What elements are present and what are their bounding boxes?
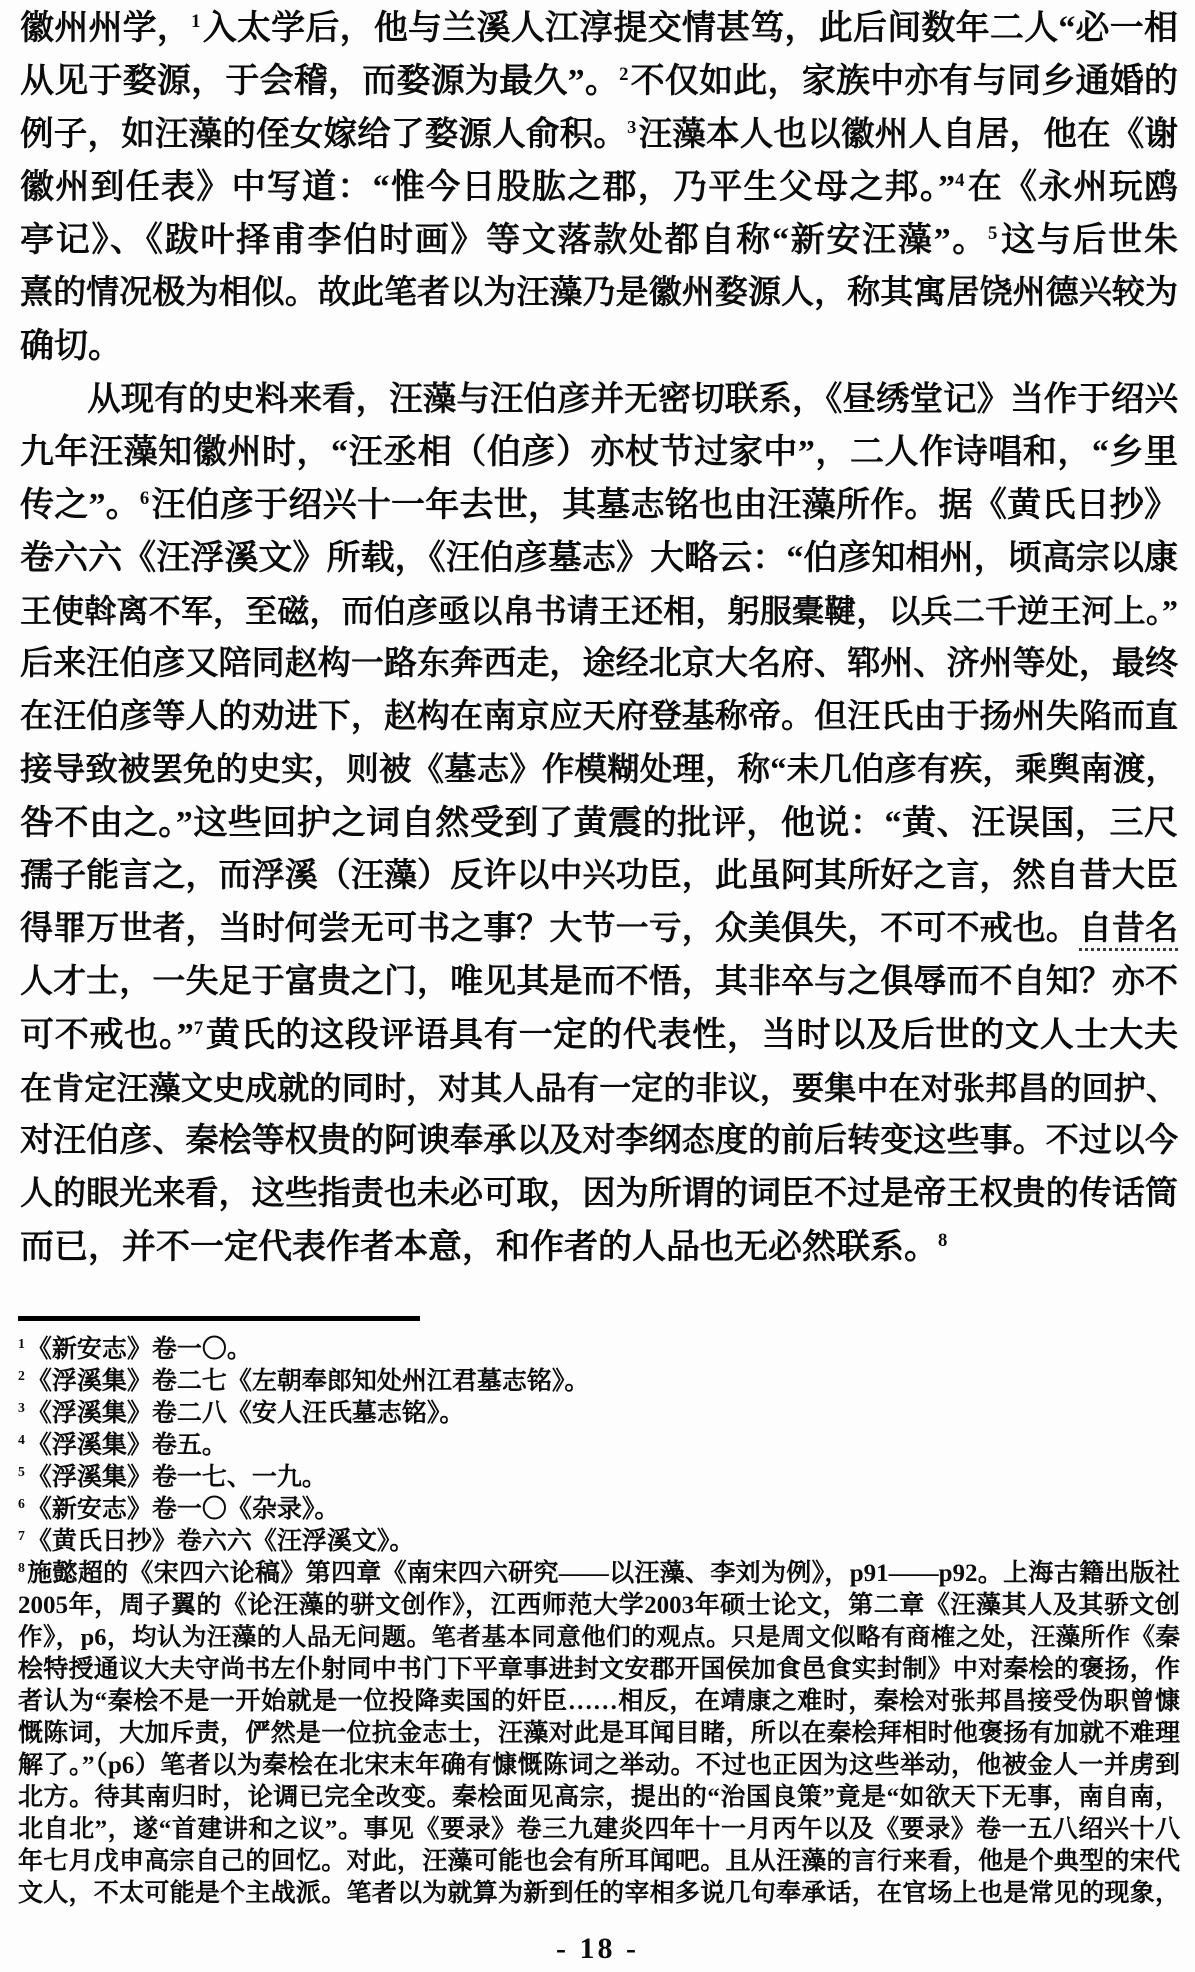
body-line: 亭记》、《跋叶择甫李伯时画》等文落款处都自称“新安汪藻”。5这与后世朱: [20, 214, 1178, 267]
footnote-text: 《黄氏日抄》卷六六《汪浮溪文》。: [27, 1528, 415, 1555]
body-text-segment: 这与后世朱: [999, 222, 1178, 259]
footnote-line: 年七月戊申高宗自己的回忆。对此，汪藻可能也会有所耳闻吧。且从汪藻的言行来看，他是…: [18, 1846, 1180, 1878]
footnote-line: 2《浮溪集》卷二七《左朝奉郎知处州江君墓志铭》。: [18, 1366, 1180, 1398]
body-text-segment: 从见于婺源，于会稽，而婺源为最久”。: [20, 63, 619, 100]
footnote-line: 解了。”（p6）笔者以为秦桧在北宋末年确有慷慨陈词之举动。不过也正因为这些举动，…: [18, 1750, 1180, 1782]
footnote-line: 桧特授通议大夫守尚书左仆射同中书门下平章事进封文安郡开国侯加食邑食实封制》中对秦…: [18, 1654, 1180, 1686]
footnote-number: 6: [18, 1496, 25, 1511]
footnote-separator: [18, 1316, 420, 1321]
body-text-segment: 接导致被罢免的史实，则被《墓志》作模糊处理，称“未几伯彦有疾，乘舆南渡，: [20, 752, 1178, 788]
body-text-segment: 咎不由之。”这些回护之词自然受到了黄震的批评，他说：“黄、汪误国，三尺: [20, 805, 1178, 842]
footnote-text: 北方。待其南归时，论调已完全改变。秦桧面见高宗，提出的“治国良策”竟是“如欲天下…: [18, 1784, 1180, 1811]
footnote-line: 8施懿超的《宋四六论稿》第四章《南宋四六研究——以汪藻、李刘为例》，p91——p…: [18, 1558, 1180, 1590]
footnote-line: 5《浮溪集》卷一七、一九。: [18, 1462, 1180, 1494]
footnote-text: 作》，p6，均认为汪藻的人品无问题。笔者基本同意他们的观点。只是周文似略有商榷之…: [18, 1624, 1180, 1651]
footnote-line: 1《新安志》卷一〇。: [18, 1334, 1180, 1366]
footnote-ref: 3: [627, 117, 636, 137]
body-line: 接导致被罢免的史实，则被《墓志》作模糊处理，称“未几伯彦有疾，乘舆南渡，: [20, 744, 1178, 797]
footnote-number: 3: [18, 1400, 25, 1415]
scanned-document-page: 徽州州学，1入太学后，他与兰溪人江淳提交情甚笃，此后间数年二人“必一相从见于婺源…: [0, 0, 1195, 1972]
footnote-ref: 6: [140, 488, 149, 509]
footnote-text: 解了。”（p6）笔者以为秦桧在北宋末年确有慷慨陈词之举动。不过也正因为这些举动，…: [18, 1752, 1180, 1779]
footnote-text: 北自北”，遂“首建讲和之议”。事见《要录》卷三九建炎四年十一月丙午以及《要录》卷…: [18, 1816, 1180, 1843]
body-text-segment: 从现有的史料来看，汪藻与汪伯彦并无密切联系，《昼绣堂记》当作于绍兴: [20, 381, 1178, 418]
footnote-ref: 7: [194, 1018, 203, 1039]
body-line: 传之”。6汪伯彦于绍兴十一年去世，其墓志铭也由汪藻所作。据《黄氏日抄》: [20, 479, 1178, 532]
body-line: 后来汪伯彦又陪同赵构一路东奔西走，途经北京大名府、郓州、济州等处，最终: [20, 638, 1178, 691]
footnote-ref: 8: [938, 1230, 947, 1251]
footnote-line: 作》，p6，均认为汪藻的人品无问题。笔者基本同意他们的观点。只是周文似略有商榷之…: [18, 1622, 1180, 1654]
body-text-segment: 汪藻本人也以徽州人自居，他在《谢: [638, 116, 1178, 153]
body-text-segment: 入太学后，他与兰溪人江淳提交情甚笃，此后间数年二人“必一相: [202, 10, 1178, 47]
footnote-text: 《新安志》卷一〇。: [27, 1336, 252, 1363]
body-text-segment: 而已，并不一定代表作者本意，和作者的人品也无必然联系。: [20, 1229, 938, 1266]
footnote-number: 4: [18, 1432, 25, 1447]
body-text-segment: 自昔名: [1079, 911, 1178, 951]
body-text-segment: 可不戒也。”: [20, 1017, 194, 1054]
body-line: 对汪伯彦、秦桧等权贵的阿谀奉承以及对李纲态度的前后转变这些事。不过以今: [20, 1115, 1178, 1168]
body-line: 熹的情况极为相似。故此笔者以为汪藻乃是徽州婺源人，称其寓居饶州德兴较为: [20, 267, 1178, 320]
body-text-segment: 亭记》、《跋叶择甫李伯时画》等文落款处都自称“新安汪藻”。: [20, 222, 988, 259]
body-text-segment: 卷六六《汪浮溪文》所载，《汪伯彦墓志》大略云：“伯彦知相州，顷高宗以康: [20, 540, 1178, 577]
footnote-text: 文人，不太可能是个主战派。笔者以为就算为新到任的宰相多说几句奉承话，在官场上也是…: [18, 1880, 1180, 1907]
footnote-line: 7《黄氏日抄》卷六六《汪浮溪文》。: [18, 1526, 1180, 1558]
footnote-number: 8: [18, 1560, 25, 1575]
footnote-text: 《浮溪集》卷二八《安人汪氏墓志铭》。: [27, 1400, 465, 1427]
body-text-segment: 黄氏的这段评语具有一定的代表性，当时以及后世的文人士大夫: [205, 1017, 1178, 1054]
body-line: 徽州州学，1入太学后，他与兰溪人江淳提交情甚笃，此后间数年二人“必一相: [20, 2, 1178, 55]
body-text-segment: 不仅如此，家族中亦有与同乡通婚的: [630, 63, 1178, 100]
footnote-text: 慨陈词，大加斥责，俨然是一位抗金志士，汪藻对此是耳闻目睹，所以在秦桧拜相时他褒扬…: [18, 1720, 1180, 1747]
footnote-line: 慨陈词，大加斥责，俨然是一位抗金志士，汪藻对此是耳闻目睹，所以在秦桧拜相时他褒扬…: [18, 1718, 1180, 1750]
footnote-line: 北自北”，遂“首建讲和之议”。事见《要录》卷三九建炎四年十一月丙午以及《要录》卷…: [18, 1814, 1180, 1846]
body-text-segment: 确切。: [20, 328, 122, 365]
footnote-text: 《浮溪集》卷二七《左朝奉郎知处州江君墓志铭》。: [27, 1368, 590, 1395]
body-text-segment: 孺子能言之，而浮溪（汪藻）反许以中兴功臣，此虽阿其所好之言，然自昔大臣: [20, 858, 1178, 894]
body-text: 徽州州学，1入太学后，他与兰溪人江淳提交情甚笃，此后间数年二人“必一相从见于婺源…: [20, 2, 1178, 1274]
footnote-number: 5: [18, 1464, 25, 1479]
footnote-line: 者认为“秦桧不是一开始就是一位投降卖国的奸臣……相反，在靖康之难时，秦桧对张邦昌…: [18, 1686, 1180, 1718]
footnote-ref: 4: [955, 170, 964, 191]
body-line: 徽州到任表》中写道：“惟今日股肱之郡，乃平生父母之邦。”4在《永州玩鸥: [20, 161, 1178, 214]
body-text-segment: 传之”。: [20, 487, 140, 524]
body-line: 而已，并不一定代表作者本意，和作者的人品也无必然联系。8: [20, 1221, 1178, 1274]
footnote-text: 者认为“秦桧不是一开始就是一位投降卖国的奸臣……相反，在靖康之难时，秦桧对张邦昌…: [18, 1688, 1180, 1715]
body-text-segment: 熹的情况极为相似。故此笔者以为汪藻乃是徽州婺源人，称其寓居饶州德兴较为: [20, 275, 1178, 311]
footnote-line: 6《新安志》卷一〇《杂录》。: [18, 1494, 1180, 1526]
footnote-line: 3《浮溪集》卷二八《安人汪氏墓志铭》。: [18, 1398, 1180, 1430]
body-text-segment: 王使斡离不军，至磁，而伯彦亟以帛书请王还相，躬服橐鞬，以兵二千逆王河上。”: [20, 593, 1178, 629]
body-text-segment: 汪伯彦于绍兴十一年去世，其墓志铭也由汪藻所作。据《黄氏日抄》: [151, 487, 1178, 524]
body-text-segment: 在肯定汪藻文史成就的同时，对其人品有一定的非议，要集中在对张邦昌的回护、: [20, 1070, 1178, 1106]
body-line: 九年汪藻知徽州时，“汪丞相（伯彦）亦杖节过家中”，二人作诗唱和，“乡里: [20, 426, 1178, 479]
body-line: 确切。: [20, 320, 1178, 373]
body-text-segment: 对汪伯彦、秦桧等权贵的阿谀奉承以及对李纲态度的前后转变这些事。不过以今: [20, 1123, 1178, 1159]
footnote-text: 年七月戊申高宗自己的回忆。对此，汪藻可能也会有所耳闻吧。且从汪藻的言行来看，他是…: [18, 1848, 1180, 1875]
footnote-text: 施懿超的《宋四六论稿》第四章《南宋四六研究——以汪藻、李刘为例》，p91——p9…: [27, 1560, 1180, 1587]
footnote-number: 1: [18, 1336, 25, 1351]
body-line: 卷六六《汪浮溪文》所载，《汪伯彦墓志》大略云：“伯彦知相州，顷高宗以康: [20, 532, 1178, 585]
body-text-segment: 在《永州玩鸥: [966, 169, 1178, 206]
body-line: 例子，如汪藻的侄女嫁给了婺源人俞积。3汪藻本人也以徽州人自居，他在《谢: [20, 108, 1178, 161]
body-text-segment: 人的眼光来看，这些指责也未必可取，因为所谓的词臣不过是帝王权贵的传话筒: [20, 1176, 1178, 1212]
body-line: 咎不由之。”这些回护之词自然受到了黄震的批评，他说：“黄、汪误国，三尺: [20, 797, 1178, 850]
body-line: 人才士，一失足于富贵之门，唯见其是而不悟，其非卒与之俱辱而不自知？亦不: [20, 956, 1178, 1009]
footnote-text: 桧特授通议大夫守尚书左仆射同中书门下平章事进封文安郡开国侯加食邑食实封制》中对秦…: [18, 1656, 1180, 1683]
footnote-line: 北方。待其南归时，论调已完全改变。秦桧面见高宗，提出的“治国良策”竟是“如欲天下…: [18, 1782, 1180, 1814]
footnote-ref: 1: [191, 11, 200, 32]
footnote-text: 《浮溪集》卷一七、一九。: [27, 1464, 327, 1491]
footnote-line: 2005年，周子翼的《论汪藻的骈文创作》，江西师范大学2003年硕士论文，第二章…: [18, 1590, 1180, 1622]
body-line: 在汪伯彦等人的劝进下，赵构在南京应天府登基称帝。但汪氏由于扬州失陷而直: [20, 691, 1178, 744]
footnote-line: 4《浮溪集》卷五。: [18, 1430, 1180, 1462]
body-text-segment: 后来汪伯彦又陪同赵构一路东奔西走，途经北京大名府、郓州、济州等处，最终: [20, 646, 1178, 682]
body-line: 人的眼光来看，这些指责也未必可取，因为所谓的词臣不过是帝王权贵的传话筒: [20, 1168, 1178, 1221]
body-line: 从现有的史料来看，汪藻与汪伯彦并无密切联系，《昼绣堂记》当作于绍兴: [20, 373, 1178, 426]
body-line: 得罪万世者，当时何尝无可书之事？大节一亏，众美俱失，不可不戒也。自昔名: [20, 903, 1178, 956]
footnote-text: 2005年，周子翼的《论汪藻的骈文创作》，江西师范大学2003年硕士论文，第二章…: [18, 1592, 1180, 1619]
body-text-segment: 徽州到任表》中写道：“惟今日股肱之郡，乃平生父母之邦。”: [20, 169, 955, 206]
footnotes: 1《新安志》卷一〇。2《浮溪集》卷二七《左朝奉郎知处州江君墓志铭》。3《浮溪集》…: [18, 1334, 1180, 1910]
body-text-segment: 九年汪藻知徽州时，“汪丞相（伯彦）亦杖节过家中”，二人作诗唱和，“乡里: [20, 434, 1178, 471]
footnote-text: 《浮溪集》卷五。: [27, 1432, 227, 1459]
footnote-line: 文人，不太可能是个主战派。笔者以为就算为新到任的宰相多说几句奉承话，在官场上也是…: [18, 1878, 1180, 1910]
footnote-ref: 5: [988, 223, 997, 244]
body-line: 可不戒也。”7黄氏的这段评语具有一定的代表性，当时以及后世的文人士大夫: [20, 1009, 1178, 1062]
body-line: 孺子能言之，而浮溪（汪藻）反许以中兴功臣，此虽阿其所好之言，然自昔大臣: [20, 850, 1178, 903]
body-text-segment: 徽州州学，: [20, 10, 191, 47]
body-line: 从见于婺源，于会稽，而婺源为最久”。2不仅如此，家族中亦有与同乡通婚的: [20, 55, 1178, 108]
footnote-number: 2: [18, 1368, 25, 1383]
page-number: - 18 -: [0, 1932, 1195, 1966]
body-text-segment: 例子，如汪藻的侄女嫁给了婺源人俞积。: [20, 116, 627, 153]
body-text-segment: 在汪伯彦等人的劝进下，赵构在南京应天府登基称帝。但汪氏由于扬州失陷而直: [20, 699, 1178, 735]
footnote-number: 7: [18, 1528, 25, 1543]
body-text-segment: 得罪万世者，当时何尝无可书之事？大节一亏，众美俱失，不可不戒也。: [20, 911, 1079, 947]
body-line: 王使斡离不军，至磁，而伯彦亟以帛书请王还相，躬服橐鞬，以兵二千逆王河上。”: [20, 585, 1178, 638]
footnote-text: 《新安志》卷一〇《杂录》。: [27, 1496, 340, 1523]
body-text-segment: 人才士，一失足于富贵之门，唯见其是而不悟，其非卒与之俱辱而不自知？亦不: [20, 964, 1178, 1000]
footnote-ref: 2: [619, 64, 628, 85]
body-line: 在肯定汪藻文史成就的同时，对其人品有一定的非议，要集中在对张邦昌的回护、: [20, 1062, 1178, 1115]
